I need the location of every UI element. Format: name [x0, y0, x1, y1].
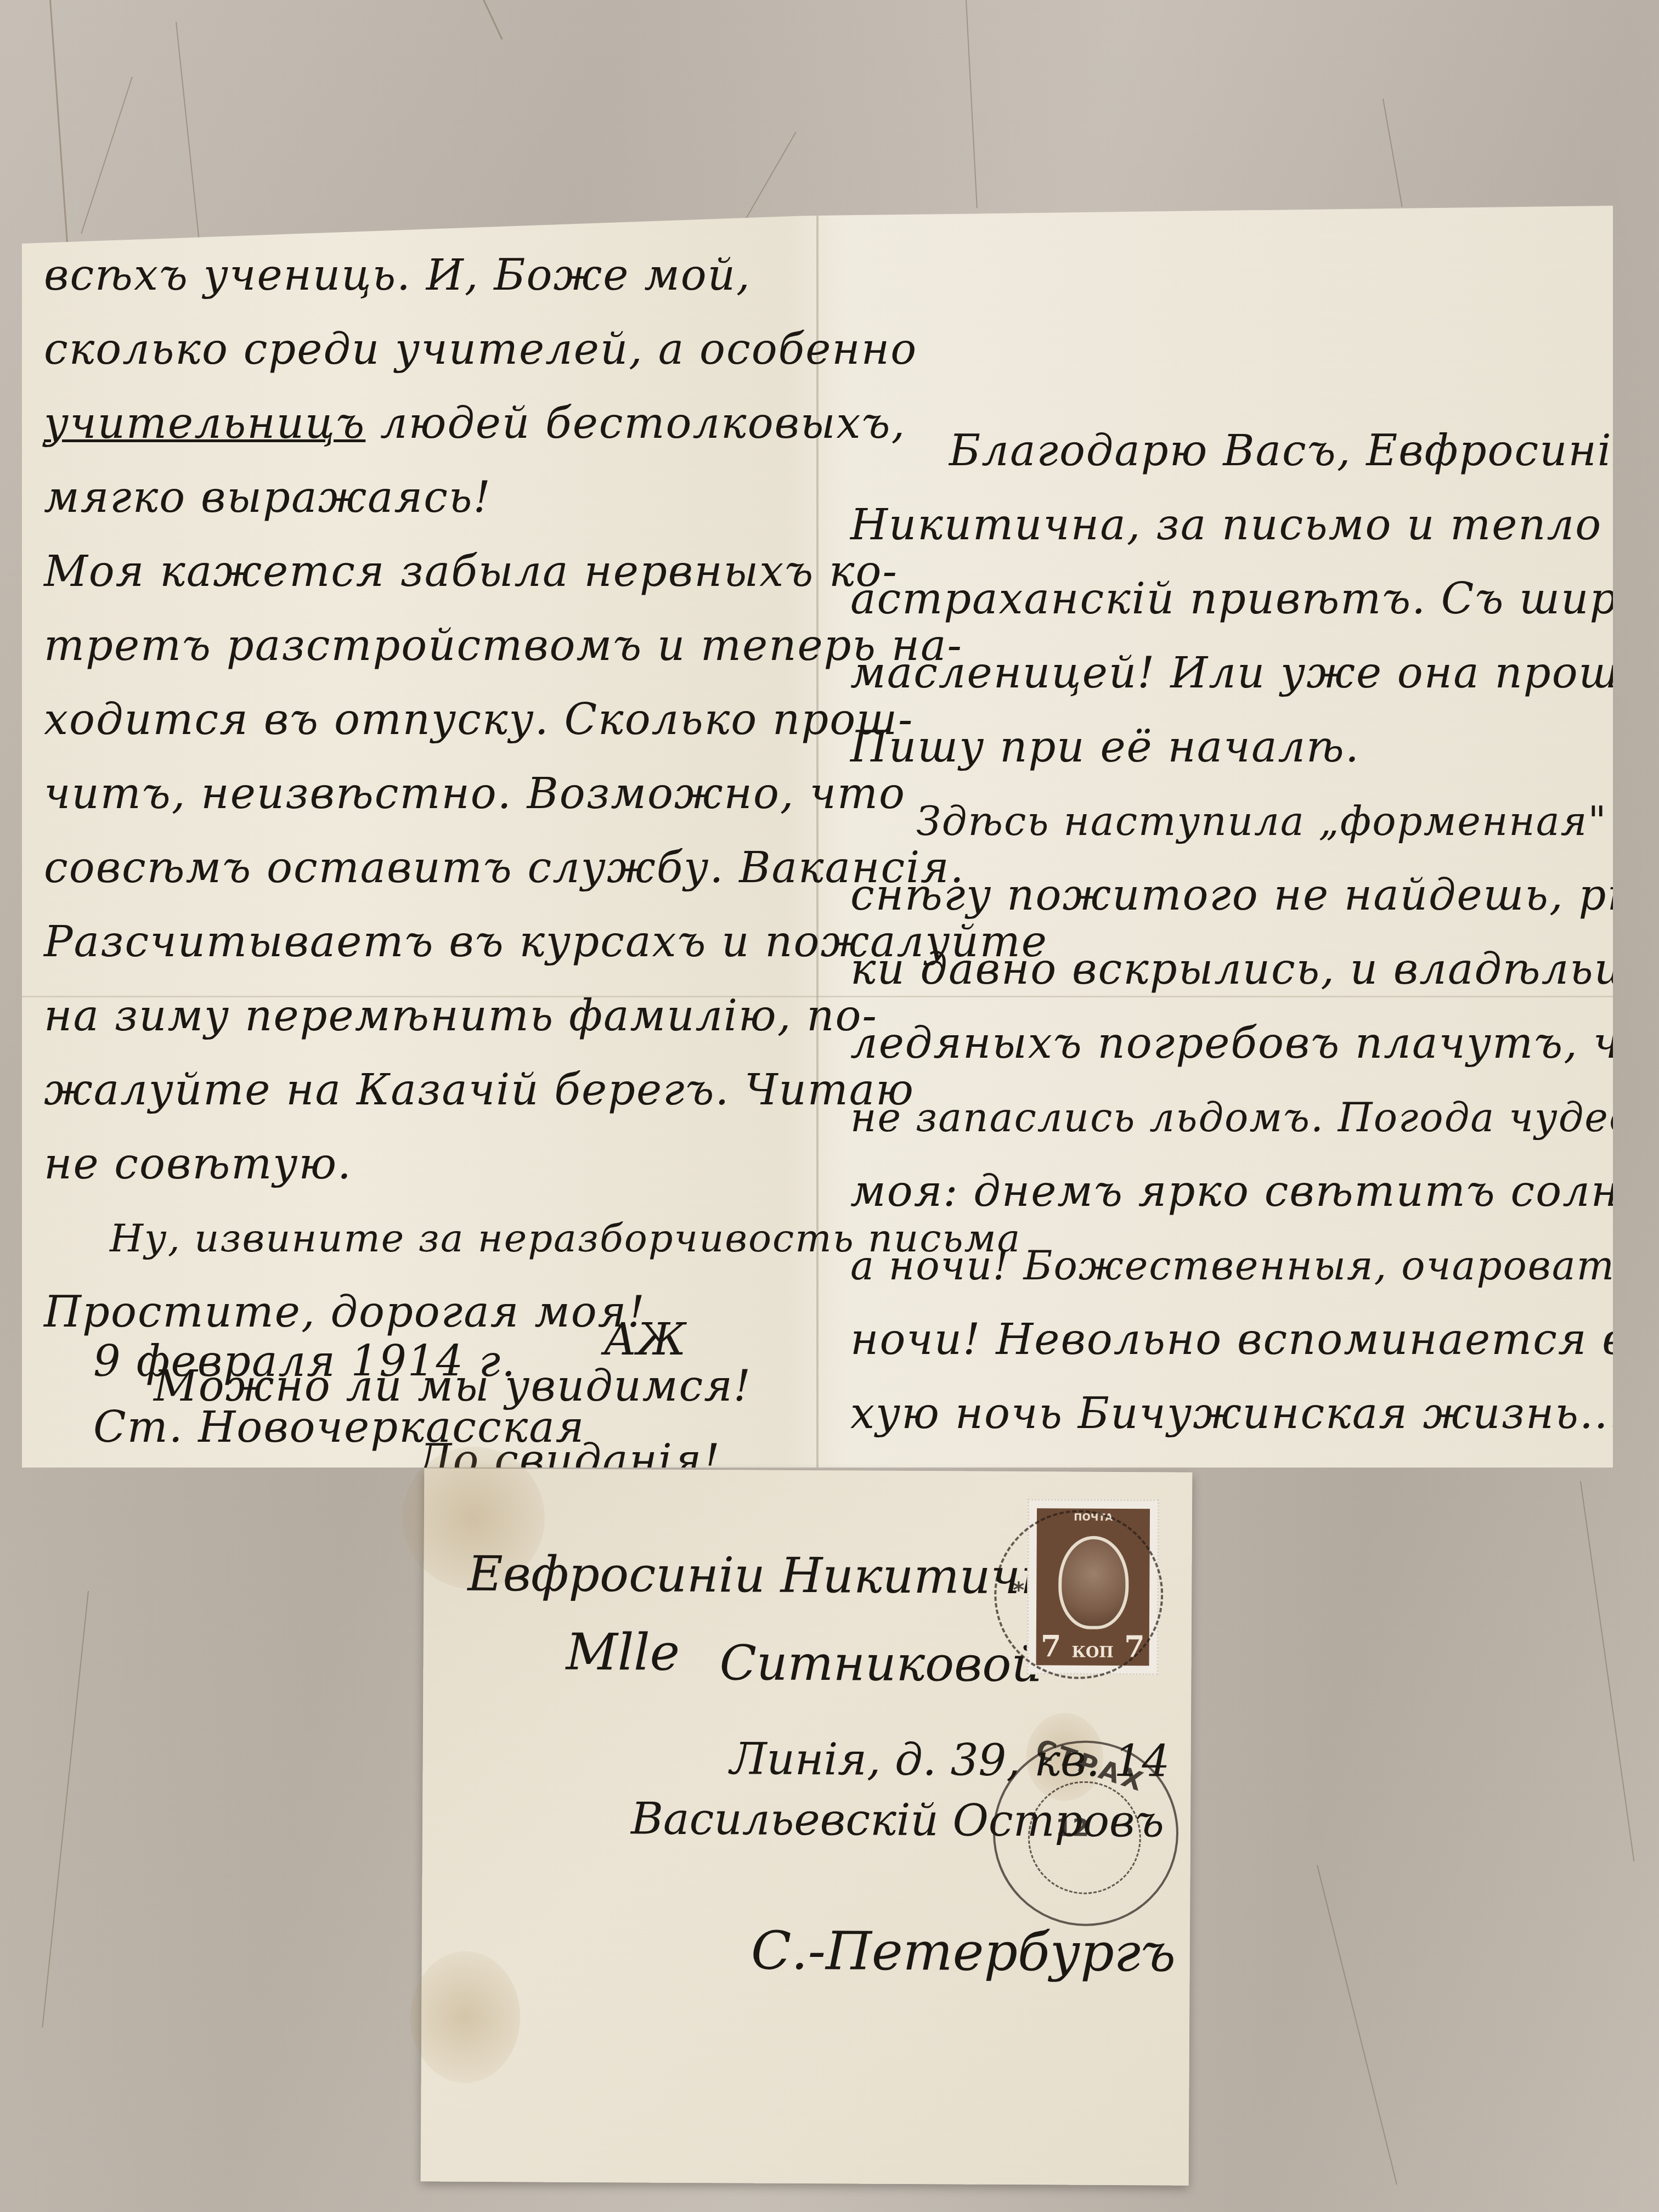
recipient-title: Mlle — [566, 1623, 680, 1682]
text-line: не запаслись льдомъ. Погода чудесная — [850, 1081, 1591, 1155]
marble-vein — [1580, 1481, 1634, 1861]
fold-line-vertical — [816, 206, 819, 1468]
text-line: снѣгу пожитого не найдешь, рѣч- — [850, 859, 1591, 933]
left-page-text: всѣхъ учениць. И, Боже мой, сколько сред… — [44, 239, 785, 1498]
text-line: хую ночь Бичужинская жизнь... — [850, 1377, 1591, 1451]
text-line: Разсчитываетъ въ курсахъ и пожалуйте — [44, 905, 785, 979]
text-line: Никитична, за письмо и тепло — [850, 488, 1591, 562]
text-line: ледяныхъ погребовъ плачутъ, что — [850, 1007, 1591, 1081]
text-line: на зиму перемѣнить фамилію, по- — [44, 979, 785, 1053]
letter-date: 9 февраля 1914 г. — [93, 1325, 516, 1399]
text-line: Пишу при её началѣ. — [850, 710, 1591, 785]
text-line: совсѣмъ оставитъ службу. Вакансія. — [44, 831, 785, 905]
text-line: ходится въ отпуску. Сколько прош- — [44, 683, 785, 757]
paper-stain — [410, 1951, 521, 2083]
marble-vein — [1317, 1865, 1397, 2185]
text-line: а ночи! Божественныя, очаровательныя — [850, 1229, 1591, 1303]
marble-vein — [966, 0, 978, 208]
envelope: Евфросиніи Никитичнѣ Mlle Ситниковой Лин… — [421, 1468, 1193, 2185]
text-line: читъ, неизвѣстно. Возможно, что — [44, 757, 785, 831]
text-line-underlined: учительницъ людей бестолковыхъ, — [44, 387, 785, 461]
postmark-bottom-day: 12 — [1056, 1814, 1090, 1842]
text-line: сколько среди учителей, а особенно — [44, 313, 785, 387]
letter-sheet: всѣхъ учениць. И, Боже мой, сколько сред… — [22, 206, 1613, 1468]
postmark-top: * — [994, 1510, 1164, 1680]
marble-vein — [49, 0, 69, 252]
text-line: Благодарю Васъ, Евфросинія — [850, 414, 1591, 488]
marble-vein — [483, 0, 503, 40]
text-line: моя: днемъ ярко свѣтитъ солнышко, — [850, 1155, 1591, 1229]
marble-vein — [81, 77, 133, 234]
marble-vein — [176, 22, 201, 251]
text-line: не совѣтую. — [44, 1127, 785, 1201]
text-line: ночи! Невольно вспоминается въ ти- — [850, 1303, 1591, 1377]
text-line: третъ разстройствомъ и теперь на- — [44, 609, 785, 683]
letter-left-page: всѣхъ учениць. И, Боже мой, сколько сред… — [22, 206, 806, 1468]
text-line: масленицей! Или уже она прошла? — [850, 636, 1591, 710]
text-line: жалуйте на Казачій берегъ. Читаю — [44, 1053, 785, 1127]
marble-vein — [1383, 99, 1403, 207]
postmark-top-detail: * — [1013, 1578, 1024, 1603]
address-city: С.-Петербургъ — [751, 1920, 1176, 1983]
underlined-word: учительницъ — [44, 399, 365, 448]
text-line: всѣхъ учениць. И, Боже мой, — [44, 239, 785, 313]
postmark-bottom: СТРАХ 12 — [992, 1740, 1179, 1927]
text-line: астраханскій привѣтъ. Съ широкой — [850, 562, 1591, 636]
text-line: мягко выражаясь! — [44, 461, 785, 535]
signature: АЖ — [603, 1314, 686, 1365]
recipient-surname: Ситниковой — [719, 1634, 1042, 1692]
text-line: Моя кажется забыла нервныхъ ко- — [44, 535, 785, 609]
letter-right-page: Благодарю Васъ, Евфросинія Никитична, за… — [828, 206, 1613, 1468]
text-line: Здѣсь наступила „форменная" весна: — [850, 785, 1591, 859]
text-line: ки давно вскрылись, и владѣльцы — [850, 933, 1591, 1007]
marble-vein — [42, 1591, 89, 2028]
text-line: Ну, извините за неразборчивость письма — [44, 1201, 785, 1276]
letter-place: Ст. Новочеркасская — [93, 1391, 585, 1465]
